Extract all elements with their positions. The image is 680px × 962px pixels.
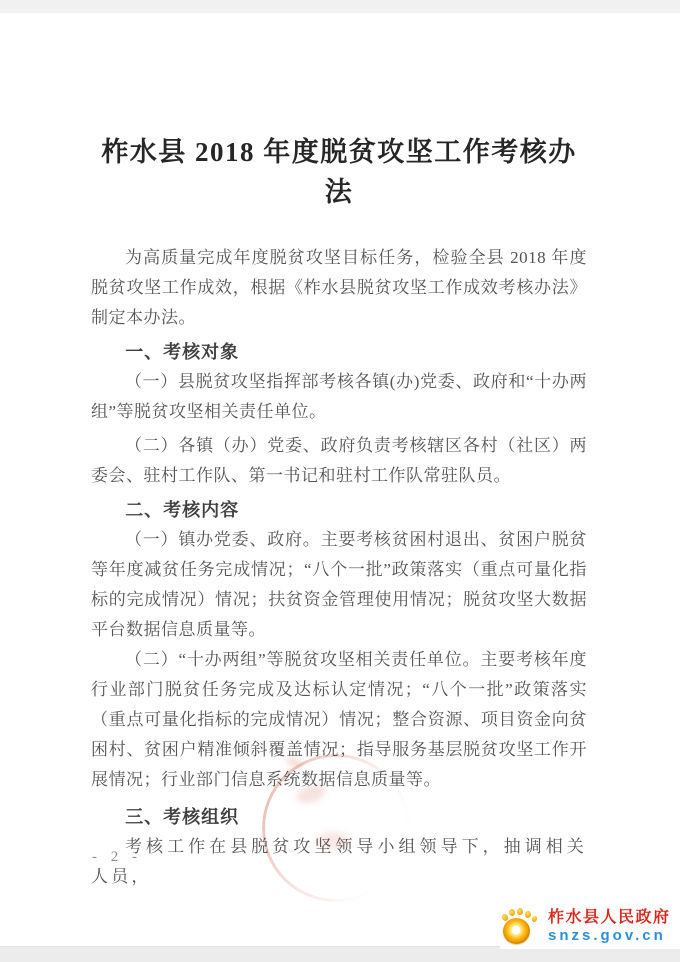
site-name: 柞水县人民政府 bbox=[548, 908, 671, 927]
section-3-heading: 三、考核组织 bbox=[91, 802, 587, 832]
foot-toe bbox=[508, 908, 515, 916]
section-2-heading: 二、考核内容 bbox=[91, 495, 587, 525]
section-2-paragraph-1: （一）镇办党委、政府。主要考核贫困村退出、贫困户脱贫等年度减贫任务完成情况；“八… bbox=[91, 525, 587, 645]
government-site-badge: 柞水县人民政府 snzs.gov.cn bbox=[500, 903, 680, 949]
foot-toe bbox=[524, 910, 532, 918]
section-1-paragraph-2: （二）各镇（办）党委、政府负责考核辖区各村（社区）两委会、驻村工作队、第一书记和… bbox=[91, 431, 587, 491]
section-2-paragraph-2: （二）“十办两组”等脱贫攻坚相关责任单位。主要考核年度行业部门脱贫任务完成及达标… bbox=[91, 645, 587, 795]
document-title: 柞水县 2018 年度脱贫攻坚工作考核办法 bbox=[91, 132, 587, 212]
foot-toe bbox=[517, 908, 523, 915]
site-text: 柞水县人民政府 snzs.gov.cn bbox=[548, 908, 671, 945]
section-3-paragraph-1: 考核工作在县脱贫攻坚领导小组领导下，抽调相关人员， bbox=[91, 832, 587, 892]
intro-paragraph: 为高质量完成年度脱贫攻坚目标任务，检验全县 2018 年度脱贫攻坚工作成效，根据… bbox=[91, 243, 587, 333]
document-page: 柞水县 2018 年度脱贫攻坚工作考核办法 为高质量完成年度脱贫攻坚目标任务，检… bbox=[91, 132, 587, 892]
site-url: snzs.gov.cn bbox=[548, 927, 671, 945]
section-1-heading: 一、考核对象 bbox=[91, 337, 587, 367]
foot-ring bbox=[503, 918, 530, 944]
scan-top-edge bbox=[0, 0, 680, 13]
foot-toe bbox=[531, 915, 538, 923]
section-1-paragraph-1: （一）县脱贫攻坚指挥部考核各镇(办)党委、政府和“十办两组”等脱贫攻坚相关责任单… bbox=[91, 367, 587, 427]
foot-print-icon bbox=[500, 905, 542, 947]
page-number: - 2 - bbox=[92, 847, 142, 867]
